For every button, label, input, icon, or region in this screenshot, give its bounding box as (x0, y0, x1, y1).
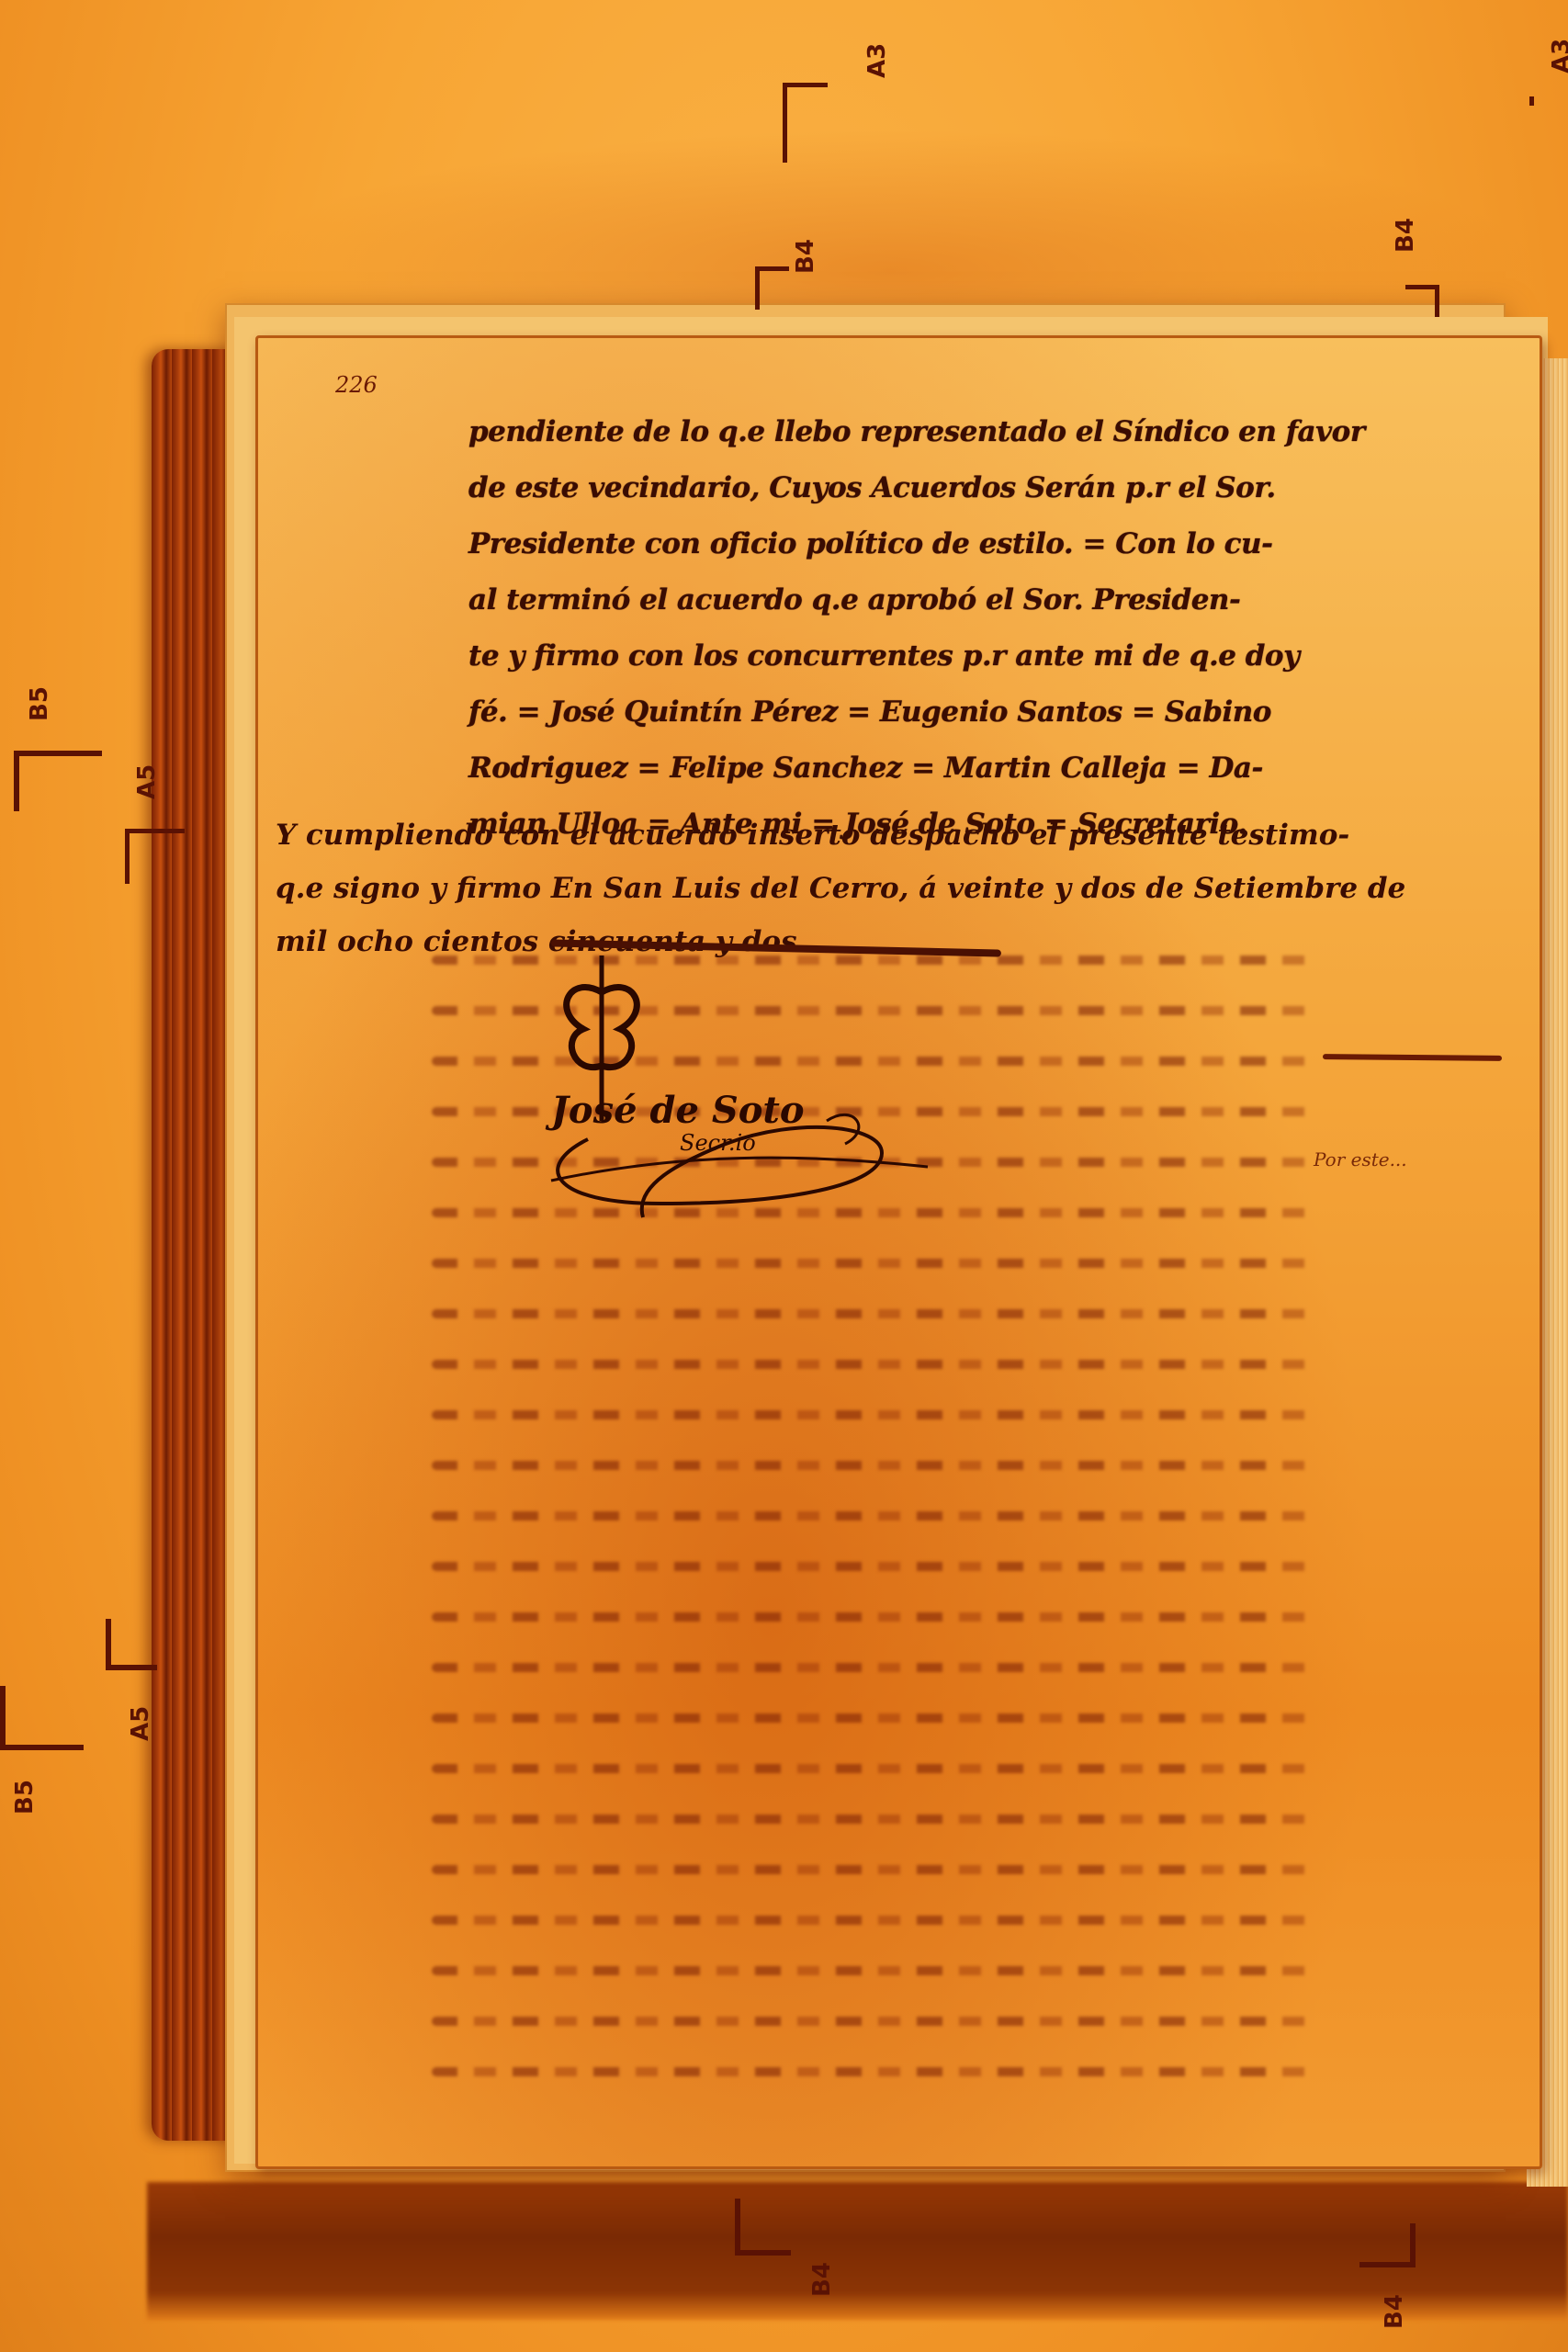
crop-corner-b4-top-right (1405, 285, 1439, 317)
crop-corner-a3-top-left (783, 83, 828, 163)
background-shadow-top (239, 129, 1543, 331)
crop-corner-a3-top-right (1529, 96, 1539, 106)
crop-corner-b4-top-left (755, 266, 789, 310)
crop-corner-b5-left-lower (0, 1686, 84, 1750)
background-shadow-bottom (147, 2182, 1568, 2320)
crop-corner-b5-left-upper (14, 751, 102, 811)
closing-paragraph: Y cumpliendo con el acuerdo inserto desp… (276, 808, 1470, 968)
crop-corner-b4-bottom-left (735, 2199, 791, 2256)
crop-corner-b4-bottom-right (1359, 2223, 1416, 2267)
body-line: al terminó el acuerdo q.e aprobó el Sor.… (468, 572, 1470, 628)
crop-corner-a5-left-lower (106, 1619, 157, 1670)
body-line: pendiente de lo q.e llebo representado e… (468, 404, 1470, 460)
closing-line: q.e signo y firmo En San Luis del Cerro,… (276, 862, 1470, 915)
handwritten-body: pendiente de lo q.e llebo representado e… (468, 404, 1470, 853)
body-line: Presidente con oficio político de estilo… (468, 516, 1470, 572)
body-line: fé. = José Quintín Pérez = Eugenio Santo… (468, 684, 1470, 741)
page-number: 226 (335, 372, 378, 398)
crop-corner-a5-left-upper (125, 829, 185, 884)
closing-line: Y cumpliendo con el acuerdo inserto desp… (276, 808, 1470, 862)
margin-note: Por este... (1314, 1148, 1407, 1170)
body-line: te y firmo con los concurrentes p.r ante… (468, 628, 1470, 684)
signature-name: José de Soto (551, 1089, 805, 1132)
body-line: Rodriguez = Felipe Sanchez = Martin Call… (468, 741, 1470, 797)
body-line: de este vecindario, Cuyos Acuerdos Serán… (468, 460, 1470, 516)
signature-title: Secr.io (680, 1130, 756, 1156)
